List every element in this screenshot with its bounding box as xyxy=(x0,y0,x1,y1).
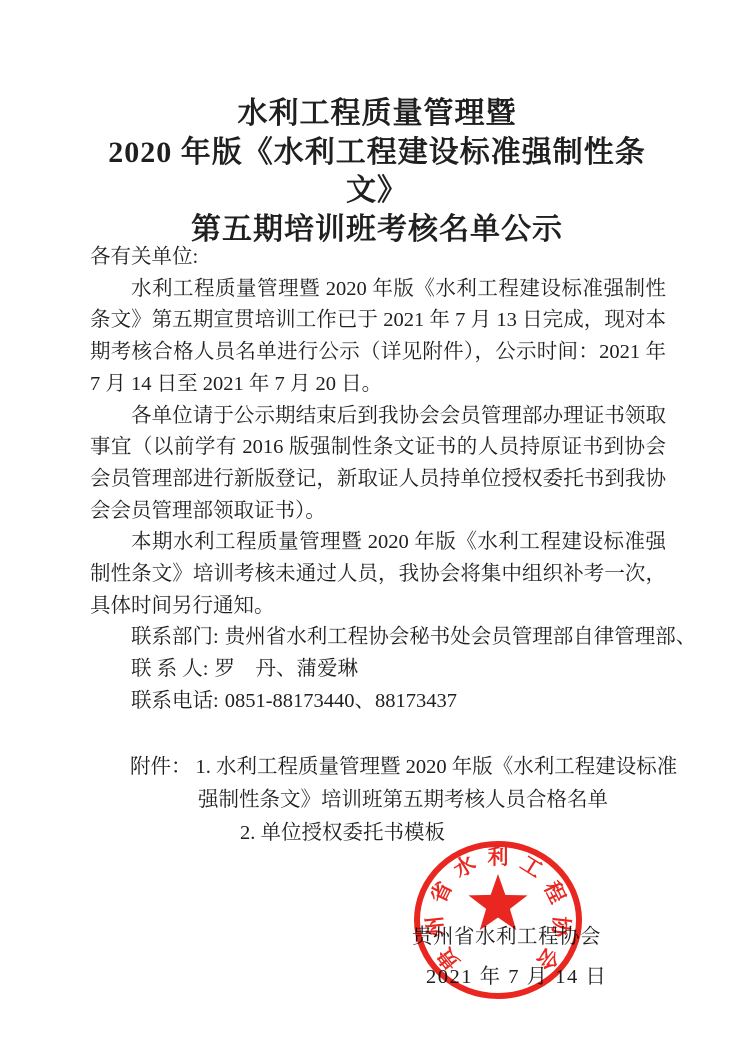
paragraph-1: 水利工程质量管理暨 2020 年版《水利工程建设标准强制性条文》第五期宣贯培训工… xyxy=(90,274,666,401)
contact-person-label: 联 系 人: xyxy=(131,658,208,680)
title-line-2: 2020 年版《水利工程建设标准强制性条文》 xyxy=(88,134,666,211)
contact-person-value: 罗 丹、蒲爱琳 xyxy=(214,658,358,680)
seal-star-icon xyxy=(469,874,528,930)
document-page: 水利工程质量管理暨 2020 年版《水利工程建设标准强制性条文》 第五期培训班考… xyxy=(0,0,754,1060)
contact-person: 联 系 人:罗 丹、蒲爱琳 xyxy=(90,654,666,686)
attachment-item-1-line-1: 附件：1. 水利工程质量管理暨 2020 年版《水利工程建设标准 xyxy=(130,751,670,784)
seal-char-5: 利 xyxy=(488,845,509,869)
official-seal: 贵 州 省 水 利 工 程 协 会 xyxy=(406,833,590,1007)
attachments-label: 附件： xyxy=(130,756,192,778)
seal-char-2: 州 xyxy=(422,915,448,938)
contact-department-value: 贵州省水利工程协会秘书处会员管理部自律管理部、 xyxy=(225,626,697,648)
salutation: 各有关单位: xyxy=(90,242,666,274)
contact-department: 联系部门:贵州省水利工程协会秘书处会员管理部自律管理部、 xyxy=(90,622,666,654)
contact-phone-label: 联系电话: xyxy=(131,690,219,712)
paragraph-2: 各单位请于公示期结束后到我协会会员管理部办理证书领取事宜（以前学有 2016 版… xyxy=(90,401,666,528)
contact-phone: 联系电话:0851-88173440、88173437 xyxy=(90,686,666,718)
contact-department-label: 联系部门: xyxy=(131,626,219,648)
seal-char-8: 协 xyxy=(548,915,574,939)
document-body: 各有关单位: 水利工程质量管理暨 2020 年版《水利工程建设标准强制性条文》第… xyxy=(90,242,666,718)
paragraph-3: 本期水利工程质量管理暨 2020 年版《水利工程建设标准强制性条文》培训考核未通… xyxy=(90,527,666,622)
title-line-1: 水利工程质量管理暨 xyxy=(88,95,666,134)
attachment-item-1-line-2: 强制性条文》培训班第五期考核人员合格名单 xyxy=(130,784,670,817)
document-title: 水利工程质量管理暨 2020 年版《水利工程建设标准强制性条文》 第五期培训班考… xyxy=(88,95,666,249)
contact-phone-value: 0851-88173440、88173437 xyxy=(225,690,457,712)
attachment-item-1-text: 1. 水利工程质量管理暨 2020 年版《水利工程建设标准 xyxy=(196,756,678,778)
